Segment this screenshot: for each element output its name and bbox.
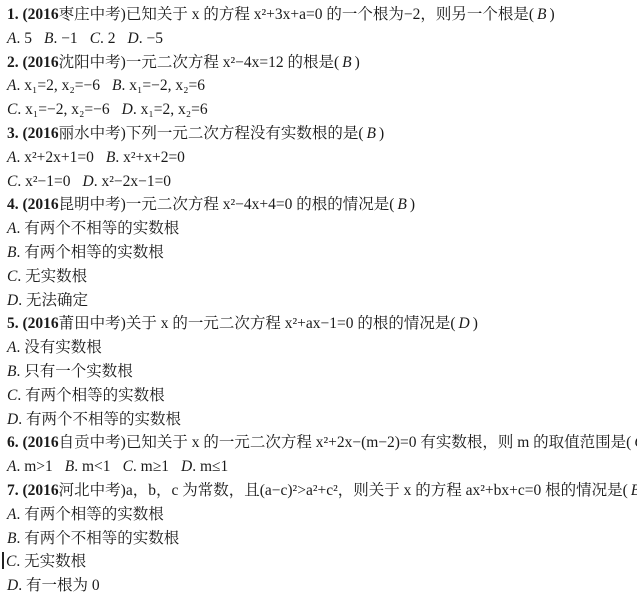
option-text: . 只有一个实数根 bbox=[16, 363, 132, 380]
option-text: . −5 bbox=[139, 30, 163, 47]
question-source: 昆明中考) bbox=[59, 196, 126, 213]
option-B: B. x₁=−2, x₂=6 bbox=[112, 77, 205, 94]
option-A: A. 有两个不相等的实数根 bbox=[7, 220, 179, 237]
right-paren: ) bbox=[379, 125, 384, 142]
option-A: A. m>1 bbox=[7, 458, 53, 475]
option-text: . 无实数根 bbox=[16, 553, 86, 570]
option-letter: D bbox=[122, 101, 133, 118]
option-line: A. x²+2x+1=0B. x²+x+2=0 bbox=[7, 146, 633, 170]
question-number-and-year: 1. (2016 bbox=[7, 6, 59, 23]
option-text: . x²+2x+1=0 bbox=[16, 149, 93, 166]
option-letter: D bbox=[181, 458, 192, 475]
option-D: D. 有一根为 0 bbox=[7, 577, 100, 594]
option-B: B. m<1 bbox=[65, 458, 111, 475]
question-number-and-year: 6. (2016 bbox=[7, 434, 59, 451]
option-text: . x₁=2, x₂=6 bbox=[133, 101, 208, 118]
option-A: A. x₁=2, x₂=−6 bbox=[7, 77, 100, 94]
answer-mark: (B) bbox=[358, 125, 384, 142]
option-text: . x₁=2, x₂=−6 bbox=[16, 77, 100, 94]
question-source: 自贡中考) bbox=[59, 434, 126, 451]
question-6: 6. (2016自贡中考)已知关于 x 的一元二次方程 x²+2x−(m−2)=… bbox=[7, 431, 633, 479]
question-source: 河北中考) bbox=[59, 482, 126, 499]
question-source: 枣庄中考) bbox=[59, 6, 126, 23]
option-line: D. 有一根为 0 bbox=[7, 574, 633, 598]
question-3: 3. (2016丽水中考)下列一元二次方程没有实数根的是(B)A. x²+2x+… bbox=[7, 122, 633, 193]
question-number-and-year: 2. (2016 bbox=[7, 54, 59, 71]
option-letter: D bbox=[7, 292, 18, 309]
question-number-and-year: 7. (2016 bbox=[7, 482, 59, 499]
question-stem: 3. (2016丽水中考)下列一元二次方程没有实数根的是(B) bbox=[7, 122, 633, 146]
option-text: . 2 bbox=[100, 30, 116, 47]
option-line: C. 无实数根 bbox=[7, 550, 633, 574]
answer-letter: C bbox=[631, 434, 637, 451]
option-C: C. x²−1=0 bbox=[7, 173, 70, 190]
question-4: 4. (2016昆明中考)一元二次方程 x²−4x+4=0 的根的情况是(B)A… bbox=[7, 193, 633, 312]
option-line: A. 有两个相等的实数根 bbox=[7, 503, 633, 527]
right-paren: ) bbox=[549, 6, 554, 23]
question-7: 7. (2016河北中考)a，b，c 为常数，且(a−c)²>a²+c²，则关于… bbox=[7, 479, 633, 598]
option-text: . 有两个相等的实数根 bbox=[16, 506, 163, 523]
question-text: 已知关于 x 的方程 x²+3x+a=0 的一个根为−2，则另一个根是 bbox=[126, 6, 529, 23]
answer-mark: (B) bbox=[389, 196, 415, 213]
option-text: . 无实数根 bbox=[17, 268, 87, 285]
answer-letter: B bbox=[394, 196, 409, 213]
option-D: D. m≤1 bbox=[181, 458, 228, 475]
text-caret bbox=[2, 552, 4, 569]
question-text: 一元二次方程 x²−4x+4=0 的根的情况是 bbox=[126, 196, 389, 213]
option-line: D. 无法确定 bbox=[7, 289, 633, 313]
option-text: . x²−2x−1=0 bbox=[94, 173, 171, 190]
option-B: B. 有两个相等的实数根 bbox=[7, 244, 164, 261]
option-letter: B bbox=[106, 149, 115, 166]
question-source: 沈阳中考) bbox=[59, 54, 126, 71]
answer-mark: (D) bbox=[450, 315, 478, 332]
option-line: B. 有两个相等的实数根 bbox=[7, 241, 633, 265]
question-1: 1. (2016枣庄中考)已知关于 x 的方程 x²+3x+a=0 的一个根为−… bbox=[7, 3, 633, 51]
option-C: C. 无实数根 bbox=[7, 268, 87, 285]
option-B: B. x²+x+2=0 bbox=[106, 149, 185, 166]
left-paren: ( bbox=[450, 315, 455, 332]
option-letter: C bbox=[7, 268, 17, 285]
option-text: . 无法确定 bbox=[18, 292, 88, 309]
option-letter: D bbox=[82, 173, 93, 190]
option-text: . 5 bbox=[16, 30, 32, 47]
option-text: . m<1 bbox=[74, 458, 110, 475]
answer-letter: B bbox=[534, 6, 549, 23]
option-letter: C bbox=[123, 458, 133, 475]
option-D: D. 无法确定 bbox=[7, 292, 88, 309]
option-line: A. 5B. −1C. 2D. −5 bbox=[7, 27, 633, 51]
option-B: B. 有两个不相等的实数根 bbox=[7, 530, 179, 547]
option-C: C. m≥1 bbox=[123, 458, 169, 475]
option-text: . m≥1 bbox=[133, 458, 169, 475]
option-line: A. m>1B. m<1C. m≥1D. m≤1 bbox=[7, 455, 633, 479]
right-paren: ) bbox=[473, 315, 478, 332]
option-text: . 有一根为 0 bbox=[18, 577, 99, 594]
question-stem: 7. (2016河北中考)a，b，c 为常数，且(a−c)²>a²+c²，则关于… bbox=[7, 479, 633, 503]
option-line: C. 有两个相等的实数根 bbox=[7, 384, 633, 408]
question-text: a，b，c 为常数，且(a−c)²>a²+c²，则关于 x 的方程 ax²+bx… bbox=[126, 482, 623, 499]
question-text: 下列一元二次方程没有实数根的是 bbox=[126, 125, 359, 142]
option-line: C. x₁=−2, x₂=−6D. x₁=2, x₂=6 bbox=[7, 98, 633, 122]
option-letter: C bbox=[7, 387, 17, 404]
option-letter: D bbox=[7, 577, 18, 594]
question-text: 已知关于 x 的一元二次方程 x²+2x−(m−2)=0 有实数根，则 m 的取… bbox=[126, 434, 626, 451]
option-D: D. 有两个不相等的实数根 bbox=[7, 411, 181, 428]
option-text: . 有两个不相等的实数根 bbox=[16, 220, 179, 237]
option-B: B. −1 bbox=[44, 30, 78, 47]
question-stem: 1. (2016枣庄中考)已知关于 x 的方程 x²+3x+a=0 的一个根为−… bbox=[7, 3, 633, 27]
question-stem: 6. (2016自贡中考)已知关于 x 的一元二次方程 x²+2x−(m−2)=… bbox=[7, 431, 633, 455]
option-line: B. 有两个不相等的实数根 bbox=[7, 527, 633, 551]
option-text: . m≤1 bbox=[192, 458, 228, 475]
option-line: A. x₁=2, x₂=−6B. x₁=−2, x₂=6 bbox=[7, 74, 633, 98]
option-A: A. 有两个相等的实数根 bbox=[7, 506, 164, 523]
left-paren: ( bbox=[358, 125, 363, 142]
answer-letter: B bbox=[339, 54, 354, 71]
option-C: C. 有两个相等的实数根 bbox=[7, 387, 165, 404]
option-letter: C bbox=[90, 30, 100, 47]
option-line: D. 有两个不相等的实数根 bbox=[7, 408, 633, 432]
option-letter: C bbox=[7, 101, 17, 118]
option-D: D. x₁=2, x₂=6 bbox=[122, 101, 208, 118]
option-letter: D bbox=[7, 411, 18, 428]
option-letter: B bbox=[65, 458, 74, 475]
option-text: . 有两个相等的实数根 bbox=[16, 244, 163, 261]
question-number-and-year: 4. (2016 bbox=[7, 196, 59, 213]
answer-mark: (B) bbox=[529, 6, 555, 23]
option-C: C. 无实数根 bbox=[7, 553, 86, 570]
question-5: 5. (2016莆田中考)关于 x 的一元二次方程 x²+ax−1=0 的根的情… bbox=[7, 312, 633, 431]
option-line: B. 只有一个实数根 bbox=[7, 360, 633, 384]
option-text: . x₁=−2, x₂=−6 bbox=[17, 101, 109, 118]
answer-letter: B bbox=[364, 125, 379, 142]
option-text: . −1 bbox=[53, 30, 77, 47]
right-paren: ) bbox=[410, 196, 415, 213]
option-text: . m>1 bbox=[16, 458, 52, 475]
option-letter: D bbox=[128, 30, 139, 47]
question-stem: 4. (2016昆明中考)一元二次方程 x²−4x+4=0 的根的情况是(B) bbox=[7, 193, 633, 217]
option-line: C. x²−1=0D. x²−2x−1=0 bbox=[7, 170, 633, 194]
option-letter: C bbox=[7, 173, 17, 190]
question-source: 丽水中考) bbox=[59, 125, 126, 142]
question-number-and-year: 3. (2016 bbox=[7, 125, 59, 142]
option-A: A. x²+2x+1=0 bbox=[7, 149, 94, 166]
option-A: A. 5 bbox=[7, 30, 32, 47]
question-stem: 2. (2016沈阳中考)一元二次方程 x²−4x=12 的根是(B) bbox=[7, 51, 633, 75]
option-text: . x²−1=0 bbox=[17, 173, 70, 190]
question-text: 关于 x 的一元二次方程 x²+ax−1=0 的根的情况是 bbox=[126, 315, 451, 332]
option-B: B. 只有一个实数根 bbox=[7, 363, 133, 380]
option-line: A. 没有实数根 bbox=[7, 336, 633, 360]
answer-mark: (C) bbox=[626, 434, 637, 451]
option-C: C. 2 bbox=[90, 30, 116, 47]
worksheet[interactable]: 1. (2016枣庄中考)已知关于 x 的方程 x²+3x+a=0 的一个根为−… bbox=[0, 0, 637, 598]
option-D: D. x²−2x−1=0 bbox=[82, 173, 171, 190]
option-text: . 没有实数根 bbox=[16, 339, 101, 356]
option-letter: C bbox=[6, 553, 16, 570]
question-number-and-year: 5. (2016 bbox=[7, 315, 59, 332]
option-text: . 有两个不相等的实数根 bbox=[16, 530, 179, 547]
option-line: A. 有两个不相等的实数根 bbox=[7, 217, 633, 241]
option-line: C. 无实数根 bbox=[7, 265, 633, 289]
answer-mark: (B) bbox=[623, 482, 637, 499]
answer-letter: B bbox=[628, 482, 637, 499]
question-stem: 5. (2016莆田中考)关于 x 的一元二次方程 x²+ax−1=0 的根的情… bbox=[7, 312, 633, 336]
question-2: 2. (2016沈阳中考)一元二次方程 x²−4x=12 的根是(B)A. x₁… bbox=[7, 51, 633, 122]
option-text: . 有两个相等的实数根 bbox=[17, 387, 164, 404]
option-C: C. x₁=−2, x₂=−6 bbox=[7, 101, 110, 118]
option-A: A. 没有实数根 bbox=[7, 339, 102, 356]
answer-letter: D bbox=[456, 315, 473, 332]
answer-mark: (B) bbox=[334, 54, 360, 71]
question-source: 莆田中考) bbox=[59, 315, 126, 332]
option-D: D. −5 bbox=[128, 30, 163, 47]
question-text: 一元二次方程 x²−4x=12 的根是 bbox=[126, 54, 334, 71]
option-text: . x₁=−2, x₂=6 bbox=[121, 77, 205, 94]
right-paren: ) bbox=[355, 54, 360, 71]
option-text: . 有两个不相等的实数根 bbox=[18, 411, 181, 428]
option-text: . x²+x+2=0 bbox=[115, 149, 185, 166]
